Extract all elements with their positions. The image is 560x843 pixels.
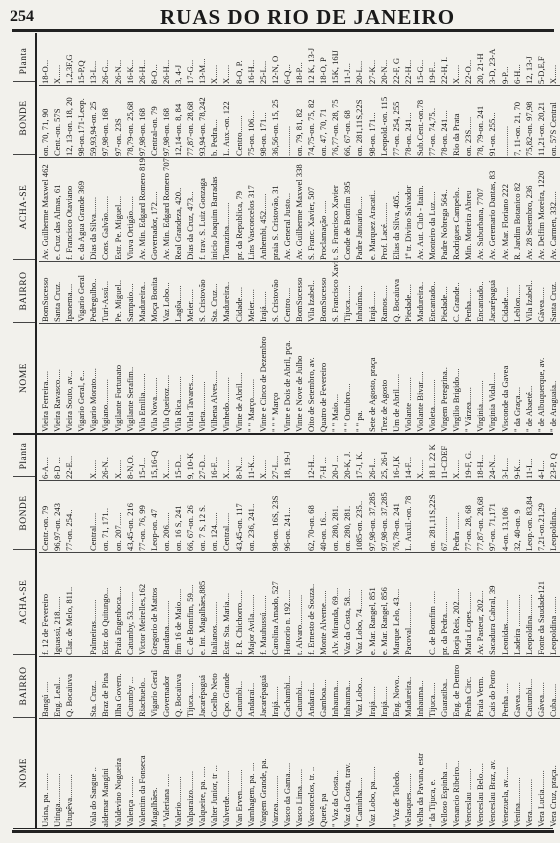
cell-bonde: 62, 70-on. 68 <box>305 480 317 552</box>
cell-planta: 8-N,O. <box>124 440 136 480</box>
cell-bairro: Andaraí... <box>305 656 317 718</box>
cell-planta: 3-D, 23-A <box>486 45 498 85</box>
cell-bairro: Madureira.. <box>414 261 426 323</box>
col-acha-se: ACHA-SE <box>13 154 35 259</box>
cell-nome: Van Erven.......... <box>233 718 245 828</box>
cell-bairro: Turi-Assú... <box>99 261 111 323</box>
cell-planta: 1,2,3F,G <box>63 45 75 85</box>
cell-acha-se: fim 16 de Maio...... <box>172 552 184 656</box>
cell-bairro: Ilha Govern. <box>112 656 124 718</box>
cell-acha-se: inicio Joaquim Barradas <box>208 157 220 261</box>
cell-planta: 15K, 16IJ <box>329 45 341 85</box>
table-row: " de Araguaia..Santa Cruz.Av. Carmen, 33… <box>547 33 559 433</box>
cell-bairro: Cachambi... <box>281 656 293 718</box>
cell-acha-se: Padre Januario...... <box>353 157 365 261</box>
table-row: " " pa.Inhaúma...Padre Januario......on.… <box>353 33 365 433</box>
table-row: Virginia...........Encantado..Av. Suburb… <box>474 33 486 433</box>
cell-planta: 27-K... <box>366 45 378 85</box>
cell-planta: X...... <box>547 45 559 85</box>
cell-nome: aldemar Mangini <box>99 718 111 828</box>
cell-bairro: Leblon...... <box>511 261 523 323</box>
cell-acha-se: Av. Geremario Dantas, 83 <box>486 157 498 261</box>
cell-nome: Vila Nova......... <box>148 323 160 433</box>
table-row: " " Março.........Meier......Lins Vascon… <box>245 33 257 433</box>
cell-bonde: 97,98-on. 168 <box>160 85 172 157</box>
cell-planta: 3-L.... <box>499 440 511 480</box>
cell-planta: 12, 13-J <box>523 45 535 85</box>
cell-acha-se: Av. Min. Edgard Romero 819 <box>136 157 148 261</box>
cell-bonde: b. Pedra.... <box>208 85 220 157</box>
cell-bairro: Inhaúma... <box>353 261 365 323</box>
cell-bairro: Gamboa.... <box>317 656 329 718</box>
cell-bonde: 1085-on. 235.. <box>353 480 365 552</box>
cell-acha-se: f. trav. S. Luiz Gonzaga <box>196 157 208 261</box>
cell-bairro: Jacarépaguá <box>486 261 498 323</box>
table-row: Sete de Agosto, praçaIrajá.......e. Marq… <box>366 33 378 433</box>
cell-planta: 22-H, I. <box>438 45 450 85</box>
table-row: Velha da Pavuna, estrInhauma...X...... <box>414 434 426 828</box>
table-row: Valentim da FonsecaRiachuelo..Victor Mei… <box>136 434 148 828</box>
cell-planta: 12 K, 13-J <box>305 45 317 85</box>
cell-bonde: 98-on. 171... <box>366 85 378 157</box>
table-row: Vaz Lobo, pa.......Irajá.......e. Mar. R… <box>366 434 378 828</box>
cell-nome: Vinhedo............ <box>220 323 232 433</box>
cell-bairro: Tijuca....... <box>341 261 353 323</box>
table-right-half: NOME BAIRRO ACHA-SE BONDE Planta Vieira … <box>13 33 553 435</box>
cell-acha-se: Av. General Justo... <box>281 157 293 261</box>
cell-acha-se: Catumby, 53......... <box>124 552 136 656</box>
cell-bonde: Leop.-on. 83,84 <box>523 480 535 552</box>
cell-bonde: 32, 40-on. 9 <box>511 480 523 552</box>
cell-bonde: 40-on. 16... <box>317 480 329 552</box>
cell-bonde <box>257 480 269 552</box>
cell-planta: 18-O, P <box>317 45 329 85</box>
cell-acha-se: Dias da Cruz, 473... <box>184 157 196 261</box>
cell-nome: Virginia........... <box>474 323 486 433</box>
cell-bairro: Catumbi... <box>233 656 245 718</box>
cell-planta: 7-H ... <box>317 440 329 480</box>
table-row: Vigilante FortunatoPe. Miguel..Estr. Pe.… <box>112 33 124 433</box>
cell-nome: " " " Março <box>269 323 281 433</box>
cell-planta: 20-L... <box>353 45 365 85</box>
cell-nome: Vera Cruz, praça.. <box>547 718 559 828</box>
table-row: Virgem Peregrina..Piedade....Padre Nobre… <box>438 33 450 433</box>
cell-acha-se: f. 12 de Fevereiro <box>39 552 51 656</box>
cell-acha-se: f. Francisco Otaviano <box>63 157 75 261</box>
cell-bairro: Madureira.. <box>402 656 414 718</box>
table-row: Vigario Morato.....Pedregulho..Dias da S… <box>87 33 99 433</box>
cell-bonde: 36,56-on. 15, 25 <box>269 85 281 157</box>
cell-acha-se: Av. Mar. Floriano 222 <box>499 157 511 261</box>
cell-planta: X...... <box>257 440 269 480</box>
cell-bonde: 75,82-on. 97,98 <box>523 85 535 157</box>
table-row: " " Outubro....Tijuca.......Conde de Bom… <box>341 33 353 433</box>
cell-bairro: Guaratiba.. <box>438 656 450 718</box>
cell-bairro: Jacarépaguá <box>257 656 269 718</box>
cell-bairro: C. Grande.. <box>450 261 462 323</box>
table-row: Um de Abril.......Q. BocaiuvaElias da Si… <box>390 33 402 433</box>
table-row: Valdevino NogueiraIlha Govern.Praia Enge… <box>112 434 124 828</box>
cell-planta: X...... <box>87 440 99 480</box>
cell-bonde: 77-on. 254, 255 <box>390 85 402 157</box>
cell-bairro: Riachuelo.. <box>136 656 148 718</box>
rows-left: Usina, pa. ........Bangú .....f. 12 de F… <box>37 434 560 828</box>
cell-acha-se: Estr. Sta. Maria.... <box>220 552 232 656</box>
cell-bairro: Irajá....... <box>378 656 390 718</box>
cell-nome: Vala do Sangue .. <box>87 718 99 828</box>
cell-bonde: 76,78-on. 241 <box>390 480 402 552</box>
cell-planta: X...... <box>51 45 63 85</box>
cell-planta: 11-K... <box>245 440 257 480</box>
cell-bonde <box>293 480 305 552</box>
cell-acha-se: Estr. Pe. Miguel.... <box>112 157 124 261</box>
cell-bonde: on. 23S...... <box>462 85 474 157</box>
cell-bonde: 97,98-on. 168 <box>136 85 148 157</box>
cell-bonde <box>75 480 87 552</box>
table-row: Vinte e Dois de Abril, pça.Centro.....Av… <box>281 33 293 433</box>
table-row: " Várzea.......Penha......Min. Moreira A… <box>462 33 474 433</box>
cell-bonde: 77,87-on. 28,68 <box>474 480 486 552</box>
cell-acha-se: R. Jardim Botanico 82 <box>511 157 523 261</box>
cell-bonde: Leopold.-on. 115 <box>378 85 390 157</box>
cell-planta: 18-H... <box>474 440 486 480</box>
cell-planta: 19-F, G. <box>462 440 474 480</box>
cell-acha-se: pr. da Pedra...... <box>438 552 450 656</box>
cell-planta: 8-D ... <box>51 440 63 480</box>
cell-acha-se: Av. Carmen, 332..... <box>547 157 559 261</box>
cell-bonde: on. 79, 81, 82 <box>293 85 305 157</box>
cell-bonde <box>414 480 426 552</box>
cell-planta: 8-N.... <box>233 440 245 480</box>
cell-bairro: Vila Izabel.. <box>305 261 317 323</box>
table-header: NOME BAIRRO ACHA-SE BONDE Planta <box>13 33 37 433</box>
cell-bairro: Q. Bocaiuva <box>390 261 402 323</box>
cell-acha-se: Rodrigues Campelo.. <box>450 157 462 261</box>
cell-bonde: Leop-on. 47 <box>148 480 160 552</box>
cell-bonde: 12, 13-on. 18, 20 <box>63 85 75 157</box>
cell-acha-se: Leopoldina ........ <box>547 552 559 656</box>
cell-planta: X...... <box>160 440 172 480</box>
table-row: Oito de Setembro, av.Vila Izabel..S. Fra… <box>305 33 317 433</box>
cell-acha-se: Elias da Silva, 405.. <box>390 157 402 261</box>
cell-planta: 6-A.... <box>39 440 51 480</box>
cell-planta: 18, 19-J <box>281 440 293 480</box>
cell-nome: Violante ........... <box>402 323 414 433</box>
cell-bonde: on. 280, 281. <box>329 480 341 552</box>
table-row: Vinte e Nove de JulhoBomSucessoAv. Guilh… <box>293 33 305 433</box>
cell-nome: Venezuela, av...... <box>499 718 511 828</box>
cell-bairro: BomSucesso <box>293 261 305 323</box>
col-nome: NOME <box>13 322 35 433</box>
cell-nome: Vilela Tavares.... <box>184 323 196 433</box>
cell-bonde: 7,21-on.21,29 <box>535 480 547 552</box>
table-header: NOME BAIRRO ACHA-SE BONDE Planta <box>13 434 37 828</box>
cell-bonde: Centr.-on. 79 <box>39 480 51 552</box>
cell-nome: Varzea............. <box>269 718 281 828</box>
cell-bonde: on. 47, 70, 71 <box>317 85 329 157</box>
cell-bairro: Madureira.. <box>220 261 232 323</box>
table-row: Venceslau Braz, av.Cais do PortoSacadura… <box>486 434 498 828</box>
cell-bairro: Cpo. Grande <box>220 656 232 718</box>
table-row: Virginia Vidal.....JacarépaguáAv. Gerema… <box>486 33 498 433</box>
cell-planta: 15-P,Q <box>75 45 87 85</box>
col-nome: NOME <box>13 717 35 828</box>
table-row: Varnhagem, pa. ....Andaraí...Major Avila… <box>245 434 257 828</box>
cell-bonde: 98-on.171-Leop. <box>75 85 87 157</box>
cell-bairro: Coelho Neto <box>208 656 220 718</box>
cell-bairro: Inhauma... <box>329 656 341 718</box>
cell-planta: 11-CDEF <box>438 440 450 480</box>
table-row: Vila Queiroz......Vaz Lobo...Av. Min. Ed… <box>160 33 172 433</box>
table-row: Virgilio Brigido....C. Grande..Rodrigues… <box>450 33 462 433</box>
cell-nome: " da Tijuca, e. <box>426 718 438 828</box>
cell-bairro: Catumbi... <box>293 656 305 718</box>
cell-nome: Velha da Pavuna, estr <box>414 718 426 828</box>
table-row: " Vaz da Costa...Inhauma...Alv. Miranda,… <box>329 434 341 828</box>
cell-nome: Vieira Ferreira..... <box>39 323 51 433</box>
cell-bairro: Ramos...... <box>378 261 390 323</box>
cell-acha-se <box>414 552 426 656</box>
cell-bonde: on. 236, 241.. <box>245 480 257 552</box>
cell-acha-se: Carolina Amado, 527 <box>269 552 281 656</box>
cell-planta: 16-H... <box>245 45 257 85</box>
cell-nome: " de Albuquerque, av. <box>535 323 547 433</box>
cell-nome: Vieira Souto, av... <box>63 323 75 433</box>
cell-bonde: on. 281,11S,22S <box>426 480 438 552</box>
cell-planta: 9, 10-K <box>184 440 196 480</box>
cell-bonde: 67............ <box>438 480 450 552</box>
table-row: Violante Bivar.....Madureira..Av. Aut. C… <box>414 33 426 433</box>
table-row: Velloso Espinha ...Guaratiba..pr. da Ped… <box>438 434 450 828</box>
cell-acha-se: Anhembi, 452........ <box>257 157 269 261</box>
cell-acha-se: Italianos........... <box>208 552 220 656</box>
cell-bonde: 91-on. 255... <box>486 85 498 157</box>
cell-bairro: Penha Circ. <box>462 656 474 718</box>
cell-bairro: Penha...... <box>462 261 474 323</box>
table-row: Valqueire, pa. .....Jacarépaguáe. Int. M… <box>196 434 208 828</box>
table-row: Vasco Lima........Catumbi...t. Alvaro...… <box>293 434 305 828</box>
cell-acha-se: e. Marquez Aracati.. <box>366 157 378 261</box>
cell-nome: " Valeriana ...... <box>160 718 172 828</box>
cell-bonde: .............. <box>499 85 511 157</box>
cell-planta: 17-G... <box>184 45 196 85</box>
table-left-half: NOME BAIRRO ACHA-SE BONDE Planta Usina, … <box>13 434 553 831</box>
table-row: Vileta..............S. Cristovãof. trav.… <box>196 33 208 433</box>
cell-planta: 8-O, P. <box>233 45 245 85</box>
cell-acha-se: e. Mar. Rangel, 851 <box>366 552 378 656</box>
cell-planta: X...... <box>220 440 232 480</box>
cell-bairro: Governador <box>160 656 172 718</box>
table-row: Vargem Grande, pa.Jacarépaguáf. Mauhussú… <box>257 434 269 828</box>
cell-planta: 24-N... <box>486 440 498 480</box>
cell-bonde: 96,97-on. 243 <box>51 480 63 552</box>
table-row: Utupêva...........Q. BocaiuvaClar. de Me… <box>63 434 75 828</box>
table-row: Valverde............Cpo. GrandeEstr. Sta… <box>220 434 232 828</box>
cell-bairro: S. Cristovão <box>196 261 208 323</box>
cell-planta: 15-J... <box>136 440 148 480</box>
cell-bonde: 98-on. 16S, 23S <box>269 480 281 552</box>
cell-planta: 3, 4-J <box>172 45 184 85</box>
cell-bairro: Vigario Geral <box>75 261 87 323</box>
cell-nome: " " pa. <box>353 323 365 433</box>
table-row: Vila Emilia.........Madureira..Av. Min. … <box>136 33 148 433</box>
cell-bairro: Madureira.. <box>136 261 148 323</box>
table-row: " da Tijuca, e.Tijuca......C. de Bomfim … <box>426 434 438 828</box>
cell-planta: 14-F... <box>402 440 414 480</box>
cell-nome <box>378 718 390 828</box>
cell-planta: 12-H... <box>305 440 317 480</box>
cell-bairro: Meier...... <box>245 261 257 323</box>
cell-nome: Oito de Setembro, av. <box>305 323 317 433</box>
table-row: Utinga..............Eng. Leal...Iguassú,… <box>51 434 63 828</box>
cell-nome: Vinte e Dois de Abril, pça. <box>281 323 293 433</box>
cell-acha-se: Av. Suburbana, 7707 <box>474 157 486 261</box>
cell-bonde: on. 57S Central <box>547 85 559 157</box>
cell-bonde: Pedra ........ <box>450 480 462 552</box>
table-row: Valerio............Q. Bocaiuvafim 16 de … <box>172 434 184 828</box>
cell-bonde: 59,93,94-on. 25 <box>87 85 99 157</box>
cell-bairro: Meier...... <box>184 261 196 323</box>
cell-planta: 18-O... <box>39 45 51 85</box>
cell-planta: 26-I... <box>366 440 378 480</box>
cell-bairro: Vaz Lobo... <box>353 656 365 718</box>
cell-bonde: Centro........ <box>233 85 245 157</box>
cell-bairro: Vila Izabel.. <box>523 261 535 323</box>
cell-bonde: on. 70, 71, 90 <box>39 85 51 157</box>
cell-bairro: Sta. Cruz.. <box>87 656 99 718</box>
rotated-directory-table: NOME BAIRRO ACHA-SE BONDE Planta Usina, … <box>13 33 553 831</box>
cell-acha-se: Av. Guilherme Maxwel 462 <box>39 157 51 261</box>
cell-bonde: L. Aux.-on. 122 <box>220 85 232 157</box>
table-row: Visconde da GaveaCidade.....Av. Mar. Flo… <box>499 33 511 433</box>
cell-bonde: 97,98-on. 37,285 <box>378 480 390 552</box>
rows-right: Vieira Ferreira.....BomSucessoAv. Guilhe… <box>37 33 560 433</box>
cell-bairro: Vaz Lobo... <box>160 261 172 323</box>
cell-bonde: 7, 11-on. 21, 70 <box>511 85 523 157</box>
cell-planta: 22-O... <box>462 45 474 85</box>
cell-bairro: Braz de Pina <box>99 656 111 718</box>
cell-bairro: Gávea...... <box>535 656 547 718</box>
cell-bairro: Centro..... <box>281 261 293 323</box>
cell-planta: 27-D... <box>196 440 208 480</box>
cell-acha-se: e. Int. Magalhães,885 <box>196 552 208 656</box>
cell-planta: 16-K... <box>124 45 136 85</box>
cell-bonde: 78,79-on. 25,68 <box>124 85 136 157</box>
cell-acha-se: Dias da Silva........ <box>87 157 99 261</box>
table-row: " da Graça....Leblon......R. Jardim Bota… <box>511 33 523 433</box>
table-row: " " Maio....S. Francisco Xaviert. S. Fra… <box>329 33 341 433</box>
cell-bairro: Santa Cruz. <box>547 261 559 323</box>
col-bonde: BONDE <box>13 81 35 154</box>
table-row: Vilela Tavares....Meier......Dias da Cru… <box>184 33 196 433</box>
cell-nome: Vasco da Gama..... <box>281 718 293 828</box>
cell-acha-se: Lins Vasconcelos 317 <box>245 157 257 261</box>
cell-planta: X...... <box>112 440 124 480</box>
cell-planta: 20, 21-H <box>474 45 486 85</box>
cell-bonde: 75-on. 106.... <box>245 85 257 157</box>
cell-acha-se: Av. Pasteur, 202.... <box>474 552 486 656</box>
cell-nome: Vilhena Alves...... <box>208 323 220 433</box>
cell-nome: Valentim da Fonseca <box>136 718 148 828</box>
cell-bonde: on. 206...... <box>160 480 172 552</box>
table-row: Vigario Geral, e...Vigario Gerale. da Ag… <box>75 33 87 433</box>
cell-acha-se: Viuva Ortigão....... <box>124 157 136 261</box>
cell-planta <box>293 440 305 480</box>
cell-acha-se: Major Avila......... <box>245 552 257 656</box>
cell-planta: 19-F... <box>426 45 438 85</box>
col-bairro: BAIRRO <box>13 259 35 322</box>
cell-planta: 13-M... <box>196 45 208 85</box>
cell-acha-se: Av. Min. Edgard Romero 707 <box>160 157 172 261</box>
cell-bairro: Eng. de Dentro <box>450 656 462 718</box>
cell-nome: Quatro de Fevereiro <box>317 323 329 433</box>
cell-nome: Venina............ <box>511 718 523 828</box>
table-row: Vigilante Serafim..Sampaio....Viuva Orti… <box>124 33 136 433</box>
cell-nome: Virginia Vidal..... <box>486 323 498 433</box>
cell-nome: Virgilio Brigido.... <box>450 323 462 433</box>
cell-nome: Vinte e Cinco de Dezembro <box>257 323 269 433</box>
cell-bairro <box>75 656 87 718</box>
cell-bonde: on. 16 S, 241 <box>172 480 184 552</box>
cell-nome <box>75 718 87 828</box>
col-bairro: BAIRRO <box>13 654 35 717</box>
cell-nome: Vigario Morato..... <box>87 323 99 433</box>
cell-bonde: 97,98-on. 168 <box>99 85 111 157</box>
cell-nome: Querê, pa <box>317 718 329 828</box>
cell-bairro: Gávea...... <box>535 261 547 323</box>
cell-acha-se: e. Cruz das Almas, 61 <box>51 157 63 261</box>
cell-planta: 17-J, K. <box>353 440 365 480</box>
col-acha-se: ACHA-SE <box>13 549 35 654</box>
cell-planta: 9-K... <box>511 440 523 480</box>
table-row: " Valeriana ......GovernadorBardana.....… <box>160 434 172 828</box>
cell-acha-se: Av. Guilherme Maxwel 338 <box>293 157 305 261</box>
cell-bairro: Eng. Novo.. <box>390 656 402 718</box>
cell-nome: Velloso Espinha ... <box>438 718 450 828</box>
cell-bonde: 97-on. 71,171 <box>486 480 498 552</box>
cell-bonde: 97-on. 23S <box>112 85 124 157</box>
cell-bairro: Jacarépaguá <box>196 656 208 718</box>
table-row: Vinte de Abril.....Cidade.....pr. da Rep… <box>233 33 245 433</box>
cell-bairro: Praia Verm. <box>474 656 486 718</box>
cell-nome: " " Outubro.... <box>341 323 353 433</box>
table-row: Venina............Gavea......Ladeira ...… <box>511 434 523 828</box>
cell-acha-se: C. de Bomfim ...... <box>426 552 438 656</box>
cell-planta: X...... <box>414 440 426 480</box>
cell-acha-se: Proclamação ...... <box>317 157 329 261</box>
cell-nome: Magalhães. <box>148 718 160 828</box>
cell-acha-se: Palmeiras.......... <box>87 552 99 656</box>
cell-bonde: Leopoldina.. <box>547 480 559 552</box>
cell-planta: 22-E... <box>63 440 75 480</box>
cell-bonde: Sub.Cent.-on.78 <box>414 85 426 157</box>
cell-bairro: BomSucesso <box>39 261 51 323</box>
cell-planta: 8-O... <box>148 45 160 85</box>
table-row: Vera Lucia.........Gávea......Fonte da S… <box>535 434 547 828</box>
cell-nome: Violeta............. <box>426 323 438 433</box>
cell-planta: 13-L... <box>87 45 99 85</box>
table-row: Vera...............Catumbi....Leopoldina… <box>523 434 535 828</box>
cell-bonde: 77-on. 76, 99 <box>136 480 148 552</box>
cell-nome: " de Araguaia.. <box>547 323 559 433</box>
col-planta: Planta <box>13 436 35 476</box>
cell-nome: Valdevino Nogueira <box>112 718 124 828</box>
cell-nome: Usina, pa. ........ <box>39 718 51 828</box>
cell-acha-se: praia S. Cristovão, 31 <box>269 157 281 261</box>
cell-bonde: 78-on. 241.... <box>438 85 450 157</box>
cell-bonde: 43,45-on. 117 <box>233 480 245 552</box>
cell-nome: Utinga.............. <box>51 718 63 828</box>
